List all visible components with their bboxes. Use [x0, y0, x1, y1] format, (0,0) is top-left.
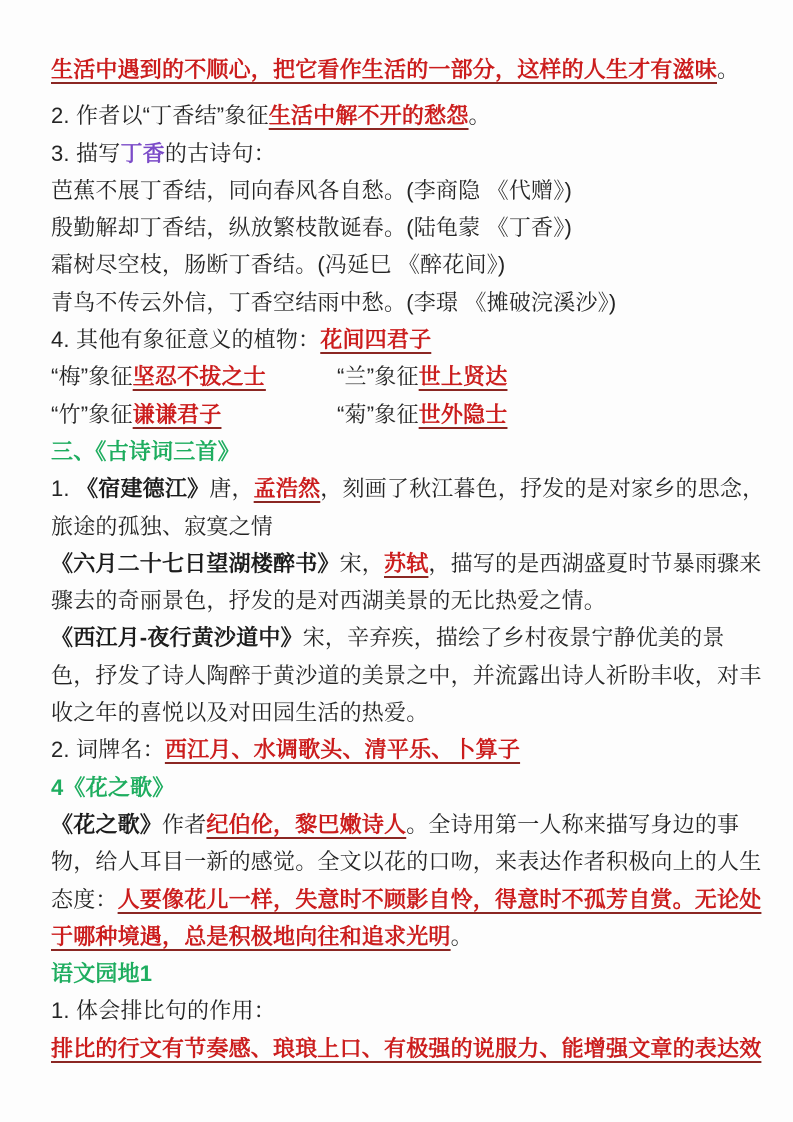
highlight-red: 坚忍不拔之士: [133, 364, 266, 389]
body-text: 3. 描写: [51, 141, 120, 166]
text-line: 青鸟不传云外信，丁香空结雨中愁。(李璟 《摊破浣溪沙》): [51, 284, 753, 321]
column: “兰”象征世上贤达: [337, 364, 507, 389]
body-text: 1.: [51, 476, 76, 501]
body-text: 2. 词牌名：: [51, 737, 165, 762]
text-line: 旅途的孤独、寂寞之情: [51, 508, 753, 545]
body-text: 2. 作者以“丁香结”象征: [51, 103, 269, 128]
body-text: 。全诗用第一人称来描写身边的事: [406, 812, 739, 837]
highlight-red: 世上贤达: [419, 364, 508, 389]
body-text: 态度：: [51, 887, 118, 912]
text-line: 2. 作者以“丁香结”象征生活中解不开的愁怨。: [51, 97, 753, 134]
text-line: “竹”象征谦谦君子“菊”象征世外隐士: [51, 396, 753, 433]
body-text: “竹”象征: [51, 402, 133, 427]
body-text: 殷勤解却丁香结，纵放繁枝散诞春。(陆龟蒙 《丁香》): [51, 215, 572, 240]
text-line: 1. 《宿建德江》唐，孟浩然，刻画了秋江暮色，抒发的是对家乡的思念，: [51, 470, 753, 507]
highlight-red: 孟浩然: [254, 476, 321, 501]
body-text-bold: 《六月二十七日望湖楼醉书》: [51, 551, 340, 576]
text-line: 《花之歌》作者纪伯伦，黎巴嫩诗人。全诗用第一人称来描写身边的事: [51, 806, 753, 843]
highlight-red: 排比的行文有节奏感、琅琅上口、有极强的说服力、能增强文章的表达效: [51, 1036, 761, 1061]
body-text: 芭蕉不展丁香结，同向春风各自愁。(李商隐 《代赠》): [51, 178, 572, 203]
highlight-red: 花间四君子: [320, 327, 431, 352]
text-line: 于哪种境遇，总是积极地向往和追求光明。: [51, 918, 753, 955]
body-text: 收之年的喜悦以及对田园生活的热爱。: [51, 700, 428, 725]
body-text: 作者: [162, 812, 206, 837]
text-line: 骤去的奇丽景色，抒发的是对西湖美景的无比热爱之情。: [51, 582, 753, 619]
text-line: 色，抒发了诗人陶醉于黄沙道的美景之中，并流露出诗人祈盼丰收，对丰: [51, 657, 753, 694]
highlight-red: 世外隐士: [419, 402, 508, 427]
text-line: 《六月二十七日望湖楼醉书》宋，苏轼，描写的是西湖盛夏时节暴雨骤来: [51, 545, 753, 582]
column: “梅”象征坚忍不拔之士: [51, 358, 337, 395]
highlight-red: 生活中遇到的不顺心，把它看作生活的一部分，这样的人生才有滋味: [51, 57, 717, 82]
highlight-red: 苏轼: [384, 551, 428, 576]
text-line: 态度：人要像花儿一样，失意时不顾影自怜，得意时不孤芳自赏。无论处: [51, 881, 753, 918]
text-line: 排比的行文有节奏感、琅琅上口、有极强的说服力、能增强文章的表达效: [51, 1030, 753, 1067]
body-text: “菊”象征: [337, 402, 419, 427]
highlight-red: 人要像花儿一样，失意时不顾影自怜，得意时不孤芳自赏。无论处: [118, 887, 762, 912]
body-text-bold: 《宿建德江》: [76, 476, 209, 501]
body-text: 霜树尽空枝，肠断丁香结。(冯延巳 《醉花间》): [51, 252, 505, 277]
notes-content: 生活中遇到的不顺心，把它看作生活的一部分，这样的人生才有滋味。2. 作者以“丁香…: [51, 51, 753, 1067]
body-text: 物，给人耳目一新的感觉。全文以花的口吻，来表达作者积极向上的人生: [51, 849, 761, 874]
text-line: 物，给人耳目一新的感觉。全文以花的口吻，来表达作者积极向上的人生: [51, 843, 753, 880]
body-text: ，描写的是西湖盛夏时节暴雨骤来: [428, 551, 761, 576]
heading-green: 语文园地1: [51, 961, 152, 986]
text-line: 3. 描写丁香的古诗句：: [51, 135, 753, 172]
body-text: ，刻画了秋江暮色，抒发的是对家乡的思念，: [320, 476, 764, 501]
text-line: 4《花之歌》: [51, 769, 753, 806]
heading-green: 4《花之歌》: [51, 775, 174, 800]
text-line: 三、《古诗词三首》: [51, 433, 753, 470]
body-text: 宋，: [340, 551, 384, 576]
text-line: 殷勤解却丁香结，纵放繁枝散诞春。(陆龟蒙 《丁香》): [51, 209, 753, 246]
highlight-red: 纪伯伦，黎巴嫩诗人: [206, 812, 406, 837]
text-line: 语文园地1: [51, 955, 753, 992]
highlight-red: 生活中解不开的愁怨: [269, 103, 469, 128]
highlight-red: 西江月、水调歌头、清平乐、卜算子: [165, 737, 520, 762]
body-text: “梅”象征: [51, 364, 133, 389]
body-text-bold: 《西江月-夜行黄沙道中》: [51, 625, 303, 650]
text-line: 2. 词牌名：西江月、水调歌头、清平乐、卜算子: [51, 731, 753, 768]
text-line: 《西江月-夜行黄沙道中》宋，辛弃疾，描绘了乡村夜景宁静优美的景: [51, 619, 753, 656]
highlight-red: 于哪种境遇，总是积极地向往和追求光明: [51, 924, 451, 949]
highlight-red: 谦谦君子: [133, 402, 222, 427]
text-line: 收之年的喜悦以及对田园生活的热爱。: [51, 694, 753, 731]
body-text: 的古诗句：: [165, 141, 276, 166]
document-page: 生活中遇到的不顺心，把它看作生活的一部分，这样的人生才有滋味。2. 作者以“丁香…: [0, 0, 793, 1122]
text-line: 1. 体会排比句的作用：: [51, 992, 753, 1029]
text-line: “梅”象征坚忍不拔之士“兰”象征世上贤达: [51, 358, 753, 395]
column: “菊”象征世外隐士: [337, 402, 507, 427]
text-line: 霜树尽空枝，肠断丁香结。(冯延巳 《醉花间》): [51, 246, 753, 283]
body-text: 青鸟不传云外信，丁香空结雨中愁。(李璟 《摊破浣溪沙》): [51, 290, 616, 315]
highlight-purple: 丁香: [120, 141, 164, 166]
body-text: 旅途的孤独、寂寞之情: [51, 514, 273, 539]
text-line: 芭蕉不展丁香结，同向春风各自愁。(李商隐 《代赠》): [51, 172, 753, 209]
body-text: “兰”象征: [337, 364, 419, 389]
body-text: 1. 体会排比句的作用：: [51, 998, 276, 1023]
text-line: 生活中遇到的不顺心，把它看作生活的一部分，这样的人生才有滋味。: [51, 51, 753, 88]
heading-green: 三、《古诗词三首》: [51, 439, 240, 464]
body-text: 4. 其他有象征意义的植物：: [51, 327, 320, 352]
text-line: 4. 其他有象征意义的植物：花间四君子: [51, 321, 753, 358]
body-text: 。: [469, 103, 491, 128]
body-text: 。: [451, 924, 473, 949]
body-text: 色，抒发了诗人陶醉于黄沙道的美景之中，并流露出诗人祈盼丰收，对丰: [51, 663, 761, 688]
body-text-bold: 《花之歌》: [51, 812, 162, 837]
body-text: 。: [717, 57, 739, 82]
body-text: 唐，: [209, 476, 253, 501]
column: “竹”象征谦谦君子: [51, 396, 337, 433]
body-text: 宋，辛弃疾，描绘了乡村夜景宁静优美的景: [303, 625, 725, 650]
body-text: 骤去的奇丽景色，抒发的是对西湖美景的无比热爱之情。: [51, 588, 606, 613]
